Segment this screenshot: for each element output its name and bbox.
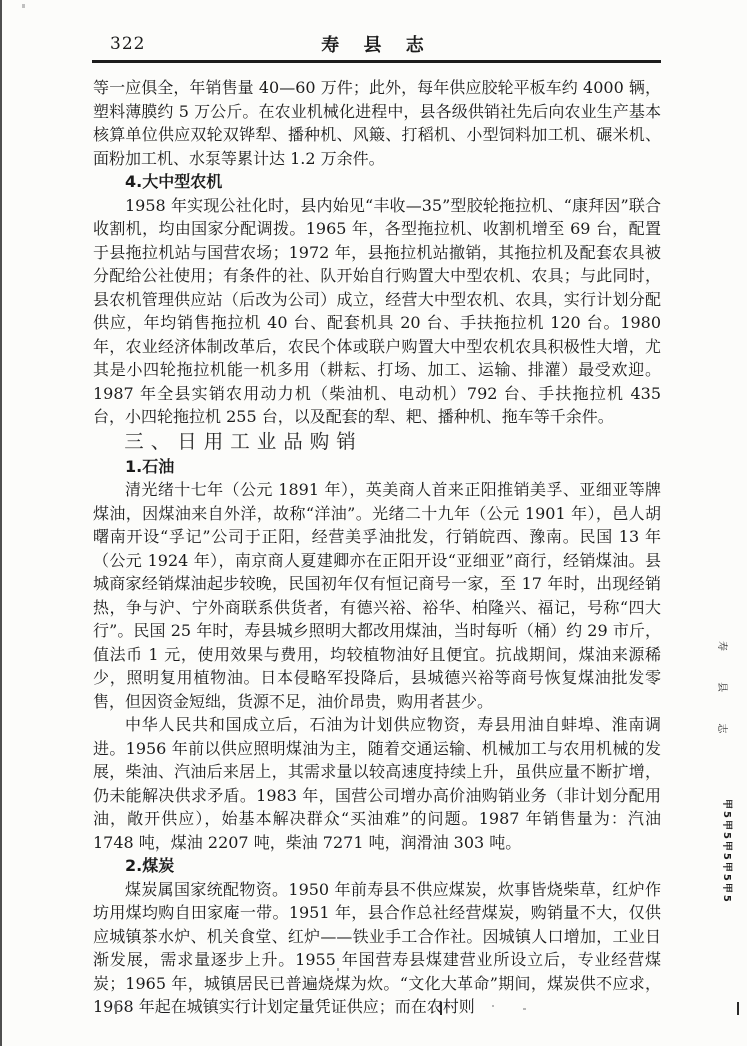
body-paragraph: 1958 年实现公社化时，县内始见“丰收—35”型胶轮拖拉机、“康拜因”联合收割… xyxy=(93,194,661,429)
running-title: 寿 县 志 xyxy=(0,31,747,57)
registration-mark-center xyxy=(440,1002,442,1015)
body-paragraph: 等一应俱全，年销售量 40—60 万件；此外，每年供应胶轮平板车约 4000 辆… xyxy=(93,76,661,170)
content-column: 等一应俱全，年销售量 40—60 万件；此外，每年供应胶轮平板车约 4000 辆… xyxy=(93,76,661,1019)
spine-label-vertical: 寿 县 志 xyxy=(716,641,731,747)
section-heading: 三、日用工业品购销 xyxy=(93,429,661,455)
collation-marks-vertical: 甲5甲5甲5甲5甲5 xyxy=(721,799,736,904)
header-rule xyxy=(92,60,661,63)
scan-speck xyxy=(492,1005,494,1007)
scan-speck xyxy=(337,968,339,971)
scan-edge-line xyxy=(0,0,2,1046)
body-paragraph: 中华人民共和国成立后，石油为计划供应物资，寿县用油自蚌埠、淮南调进。1956 年… xyxy=(93,713,661,854)
scan-speck xyxy=(22,4,25,8)
registration-mark-left xyxy=(115,1001,117,1014)
registration-mark-right xyxy=(737,1002,739,1015)
body-paragraph: 煤炭属国家统配物资。1950 年前寿县不供应煤炭，炊事皆烧柴草，红炉作坊用煤均购… xyxy=(93,878,661,1019)
subheading: 2.煤炭 xyxy=(93,854,661,878)
book-page: 322 寿 县 志 等一应俱全，年销售量 40—60 万件；此外，每年供应胶轮平… xyxy=(0,0,747,1046)
body-paragraph: 清光绪十七年（公元 1891 年），英美商人首来正阳推销美孚、亚细亚等牌煤油，因… xyxy=(93,478,661,713)
scan-speck xyxy=(523,1008,526,1010)
subheading: 4.大中型农机 xyxy=(93,170,661,194)
subheading: 1.石油 xyxy=(93,455,661,479)
